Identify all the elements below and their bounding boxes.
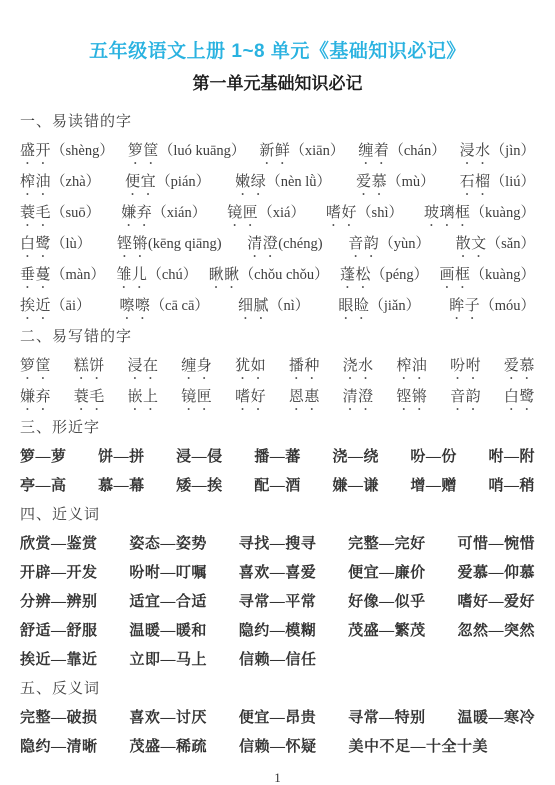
word-text: 忽然—突然	[457, 623, 535, 639]
pinyin-text: （xiān）	[290, 143, 344, 159]
word-text: 蓬松	[340, 267, 371, 283]
word-item: 挨近（āi）	[20, 292, 90, 323]
word-text: 立即—马上	[130, 652, 208, 668]
word-row: 蓑毛（suō）嫌弃（xián）镜匣（xiá）嗜好（shì）玻璃框（kuàng）	[20, 199, 535, 230]
word-row: 隐约—清晰茂盛—稀疏信赖—怀疑美中不足—十全十美	[20, 733, 535, 762]
word-text: 嫌—谦	[332, 478, 379, 494]
word-item: 寻常—平常	[239, 588, 317, 617]
word-item: 音韵（yùn）	[348, 230, 430, 261]
word-text: 蓑毛	[74, 389, 105, 405]
word-item: 镜匣（xiá）	[227, 199, 305, 230]
word-item: 适宜—合适	[129, 588, 207, 617]
word-item: 信赖—信任	[239, 646, 317, 675]
word-item: 浇—绕	[332, 443, 379, 472]
word-item: 增—赠	[410, 472, 457, 501]
word-item: 清澄(chéng)	[247, 230, 322, 261]
word-item: 浸—侵	[176, 443, 223, 472]
section: 二、易写错的字箩筐糕饼浸在缠身犹如播种浇水榨油吩咐爱慕嫌弃蓑毛嵌上镜匣嗜好恩惠清…	[20, 323, 535, 414]
word-text: 犹如	[235, 358, 266, 374]
word-text: 好像—似乎	[348, 594, 426, 610]
word-text: 嫌弃	[20, 389, 51, 405]
word-row: 舒适—舒服温暖—暖和隐约—模糊茂盛—繁茂忽然—突然	[20, 617, 535, 646]
word-text: 眸子	[449, 298, 480, 314]
word-text: 吩咐	[450, 358, 481, 374]
word-item: 糕饼	[74, 352, 105, 383]
word-item: 画框（kuàng）	[440, 261, 535, 292]
word-text: 镜匣	[227, 205, 258, 221]
word-item: 开辟—开发	[20, 559, 98, 588]
word-text: 配—酒	[254, 478, 301, 494]
word-item: 白鹭	[504, 383, 535, 414]
word-text: 便宜—廉价	[348, 565, 426, 581]
word-text: 喜欢—喜爱	[239, 565, 317, 581]
word-item: 吩咐	[450, 352, 481, 383]
word-item: 嚓嚓（cā cā）	[120, 292, 209, 323]
word-item: 立即—马上	[130, 646, 208, 675]
pinyin-text: （āi）	[51, 298, 90, 314]
word-row: 挨近（āi）嚓嚓（cā cā）细腻（nì）眼睑（jiǎn）眸子（móu）	[20, 292, 535, 323]
word-item: 哨—稍	[488, 472, 535, 501]
word-text: 浸在	[128, 358, 159, 374]
word-text: 浇—绕	[332, 449, 379, 465]
pinyin-text: （jiǎn）	[369, 298, 420, 314]
word-item: 玻璃框（kuàng）	[424, 199, 535, 230]
word-item: 眼睑（jiǎn）	[338, 292, 420, 323]
word-item: 咐—附	[488, 443, 535, 472]
word-text: 散文	[456, 236, 487, 252]
word-text: 音韵	[450, 389, 481, 405]
word-item: 播种	[289, 352, 320, 383]
word-text: 缠身	[181, 358, 212, 374]
word-text: 寻常—平常	[239, 594, 317, 610]
word-text: 嗜好—爱好	[457, 594, 535, 610]
word-item: 嵌上	[128, 383, 159, 414]
word-text: 箩—萝	[20, 449, 67, 465]
word-item: 白鹭（lù）	[20, 230, 91, 261]
section: 四、近义词欣赏—鉴赏姿态—姿势寻找—搜寻完整—完好可惜—惋惜开辟—开发吩咐—叮嘱…	[20, 501, 535, 675]
pinyin-text: （chǒu chǒu）	[240, 267, 329, 283]
pinyin-text: （nèn lǜ）	[266, 174, 331, 190]
pinyin-text: （mù）	[387, 174, 435, 190]
word-item: 蓑毛	[74, 383, 105, 414]
word-text: 画框	[440, 267, 471, 283]
word-item: 眸子（móu）	[449, 292, 535, 323]
word-item: 铿锵	[396, 383, 427, 414]
word-item: 隐约—清晰	[20, 733, 98, 762]
word-item: 信赖—怀疑	[239, 733, 317, 762]
word-text: 玻璃框	[424, 205, 471, 221]
word-item: 美中不足—十全十美	[349, 733, 489, 762]
word-text: 温暖—寒冷	[457, 710, 535, 726]
word-text: 饼—拼	[98, 449, 145, 465]
word-text: 隐约—模糊	[239, 623, 317, 639]
word-text: 播—蕃	[254, 449, 301, 465]
word-text: 嫩绿	[235, 174, 266, 190]
word-text: 清澄	[343, 389, 374, 405]
word-row: 完整—破损喜欢—讨厌便宜—昂贵寻常—特别温暖—寒冷	[20, 704, 535, 733]
word-text: 铿锵	[117, 236, 148, 252]
word-item: 寻找—搜寻	[239, 530, 317, 559]
word-text: 白鹭	[504, 389, 535, 405]
word-item: 铿锵(kēng qiāng)	[117, 230, 222, 261]
pinyin-text: （móu）	[480, 298, 535, 314]
pinyin-text: (kēng qiāng)	[148, 236, 222, 252]
word-text: 开辟—开发	[20, 565, 98, 581]
word-row: 开辟—开发吩咐—叮嘱喜欢—喜爱便宜—廉价爱慕—仰慕	[20, 559, 535, 588]
word-row: 盛开（shèng）箩筐（luó kuāng）新鲜（xiān）缠着（chán）浸水…	[20, 137, 535, 168]
word-item: 隐约—模糊	[239, 617, 317, 646]
word-item: 喜欢—喜爱	[239, 559, 317, 588]
word-item: 缠身	[181, 352, 212, 383]
word-item: 榨油	[396, 352, 427, 383]
word-text: 茂盛—繁茂	[348, 623, 426, 639]
word-item: 嗜好（shì）	[326, 199, 403, 230]
word-text: 舒适—舒服	[20, 623, 98, 639]
word-row: 箩—萝饼—拼浸—侵播—蕃浇—绕吩—份咐—附	[20, 443, 535, 472]
pinyin-text: （shì）	[357, 205, 403, 221]
word-item: 爱慕	[504, 352, 535, 383]
word-item: 浇水	[343, 352, 374, 383]
word-text: 嗜好	[326, 205, 357, 221]
word-item: 完整—破损	[20, 704, 98, 733]
word-item: 舒适—舒服	[20, 617, 98, 646]
word-item: 榨油（zhà）	[20, 168, 100, 199]
word-text: 姿态—姿势	[129, 536, 207, 552]
word-text: 便宜—昂贵	[239, 710, 317, 726]
word-text: 音韵	[348, 236, 379, 252]
word-text: 清澄	[247, 236, 278, 252]
word-text: 增—赠	[410, 478, 457, 494]
document-page: 五年级语文上册 1~8 单元《基础知识必记》 第一单元基础知识必记 一、易读错的…	[0, 0, 555, 785]
word-item: 嫌弃（xián）	[121, 199, 206, 230]
word-text: 隐约—清晰	[20, 739, 98, 755]
word-item: 散文（sǎn）	[456, 230, 535, 261]
word-item: 箩—萝	[20, 443, 67, 472]
word-text: 爱慕	[356, 174, 387, 190]
word-item: 温暖—暖和	[129, 617, 207, 646]
word-text: 挨近—靠近	[20, 652, 98, 668]
page-title: 五年级语文上册 1~8 单元《基础知识必记》	[20, 38, 535, 66]
word-text: 信赖—怀疑	[239, 739, 317, 755]
word-item: 嫩绿（nèn lǜ）	[235, 168, 331, 199]
word-item: 缠着（chán）	[358, 137, 445, 168]
word-item: 饼—拼	[98, 443, 145, 472]
word-text: 寻常—特别	[348, 710, 426, 726]
word-text: 完整—破损	[20, 710, 98, 726]
pinyin-text: （kuàng）	[471, 267, 535, 283]
word-row: 嫌弃蓑毛嵌上镜匣嗜好恩惠清澄铿锵音韵白鹭	[20, 383, 535, 414]
word-item: 箩筐（luó kuāng）	[128, 137, 246, 168]
word-text: 吩—份	[410, 449, 457, 465]
word-item: 喜欢—讨厌	[129, 704, 207, 733]
pinyin-text: （lù）	[51, 236, 91, 252]
pinyin-text: （shèng）	[51, 143, 114, 159]
word-text: 浸水	[460, 143, 491, 159]
word-item: 欣赏—鉴赏	[20, 530, 98, 559]
word-text: 镜匣	[181, 389, 212, 405]
section-heading: 三、形近字	[20, 414, 535, 443]
word-item: 清澄	[343, 383, 374, 414]
word-text: 哨—稍	[488, 478, 535, 494]
word-text: 新鲜	[259, 143, 290, 159]
word-row: 垂蔓（màn）雏儿（chú）瞅瞅（chǒu chǒu）蓬松（péng）画框（ku…	[20, 261, 535, 292]
section-heading: 四、近义词	[20, 501, 535, 530]
section: 三、形近字箩—萝饼—拼浸—侵播—蕃浇—绕吩—份咐—附亭—高慕—幕矮—挨配—酒嫌—…	[20, 414, 535, 501]
word-item: 嗜好	[235, 383, 266, 414]
word-item: 新鲜（xiān）	[259, 137, 344, 168]
word-item: 镜匣	[181, 383, 212, 414]
word-text: 嗜好	[235, 389, 266, 405]
word-item: 细腻（nì）	[238, 292, 309, 323]
pinyin-text: （màn）	[51, 267, 105, 283]
word-text: 榨油	[20, 174, 51, 190]
pinyin-text: （cā cā）	[151, 298, 209, 314]
word-item: 配—酒	[254, 472, 301, 501]
word-row: 挨近—靠近立即—马上信赖—信任	[20, 646, 535, 675]
word-text: 浸—侵	[176, 449, 223, 465]
word-item: 石榴（liú）	[460, 168, 535, 199]
pinyin-text: （xián）	[152, 205, 206, 221]
word-item: 可惜—惋惜	[457, 530, 535, 559]
word-item: 爱慕—仰慕	[457, 559, 535, 588]
word-item: 矮—挨	[176, 472, 223, 501]
word-text: 垂蔓	[20, 267, 51, 283]
word-text: 亭—高	[20, 478, 67, 494]
pinyin-text: （suō）	[51, 205, 100, 221]
word-text: 美中不足—十全十美	[349, 739, 489, 755]
section: 五、反义词完整—破损喜欢—讨厌便宜—昂贵寻常—特别温暖—寒冷隐约—清晰茂盛—稀疏…	[20, 675, 535, 762]
word-text: 适宜—合适	[129, 594, 207, 610]
word-text: 恩惠	[289, 389, 320, 405]
word-text: 糕饼	[74, 358, 105, 374]
word-text: 蓑毛	[20, 205, 51, 221]
word-row: 分辨—辨别适宜—合适寻常—平常好像—似乎嗜好—爱好	[20, 588, 535, 617]
word-text: 嵌上	[128, 389, 159, 405]
word-item: 茂盛—繁茂	[348, 617, 426, 646]
word-item: 慕—幕	[98, 472, 145, 501]
pinyin-text: （yùn）	[379, 236, 430, 252]
word-item: 爱慕（mù）	[356, 168, 435, 199]
word-item: 分辨—辨别	[20, 588, 98, 617]
pinyin-text: （pián）	[156, 174, 210, 190]
word-text: 细腻	[238, 298, 269, 314]
word-text: 欣赏—鉴赏	[20, 536, 98, 552]
page-number: 1	[20, 768, 535, 785]
word-item: 温暖—寒冷	[457, 704, 535, 733]
pinyin-text: （nì）	[269, 298, 309, 314]
word-text: 慕—幕	[98, 478, 145, 494]
word-item: 好像—似乎	[348, 588, 426, 617]
word-row: 榨油（zhà）便宜（pián）嫩绿（nèn lǜ）爱慕（mù）石榴（liú）	[20, 168, 535, 199]
word-item: 嫌弃	[20, 383, 51, 414]
word-row: 亭—高慕—幕矮—挨配—酒嫌—谦增—赠哨—稍	[20, 472, 535, 501]
word-text: 播种	[289, 358, 320, 374]
word-text: 盛开	[20, 143, 51, 159]
pinyin-text: （sǎn）	[487, 236, 535, 252]
word-item: 盛开（shèng）	[20, 137, 114, 168]
word-row: 白鹭（lù）铿锵(kēng qiāng)清澄(chéng)音韵（yùn）散文（s…	[20, 230, 535, 261]
word-item: 挨近—靠近	[20, 646, 98, 675]
word-text: 缠着	[358, 143, 389, 159]
pinyin-text: （zhà）	[51, 174, 100, 190]
word-row: 欣赏—鉴赏姿态—姿势寻找—搜寻完整—完好可惜—惋惜	[20, 530, 535, 559]
pinyin-text: （luó kuāng）	[159, 143, 246, 159]
word-item: 忽然—突然	[457, 617, 535, 646]
word-text: 矮—挨	[176, 478, 223, 494]
pinyin-text: （liú）	[491, 174, 535, 190]
word-text: 浇水	[343, 358, 374, 374]
word-item: 播—蕃	[254, 443, 301, 472]
word-item: 嫌—谦	[332, 472, 379, 501]
pinyin-text: （chú）	[147, 267, 197, 283]
word-text: 完整—完好	[348, 536, 426, 552]
word-text: 信赖—信任	[239, 652, 317, 668]
unit-title: 第一单元基础知识必记	[20, 66, 535, 102]
word-item: 浸水（jìn）	[460, 137, 535, 168]
word-row: 箩筐糕饼浸在缠身犹如播种浇水榨油吩咐爱慕	[20, 352, 535, 383]
word-item: 蓑毛（suō）	[20, 199, 100, 230]
word-item: 便宜（pián）	[125, 168, 210, 199]
pinyin-text: （xiá）	[258, 205, 305, 221]
word-item: 雏儿（chú）	[116, 261, 197, 292]
word-text: 爱慕	[504, 358, 535, 374]
word-item: 亭—高	[20, 472, 67, 501]
word-text: 分辨—辨别	[20, 594, 98, 610]
word-text: 白鹭	[20, 236, 51, 252]
word-item: 完整—完好	[348, 530, 426, 559]
word-text: 温暖—暖和	[129, 623, 207, 639]
word-item: 嗜好—爱好	[457, 588, 535, 617]
word-text: 爱慕—仰慕	[457, 565, 535, 581]
word-item: 恩惠	[289, 383, 320, 414]
section-heading: 一、易读错的字	[20, 108, 535, 137]
word-text: 榨油	[396, 358, 427, 374]
word-text: 箩筐	[20, 358, 51, 374]
word-item: 姿态—姿势	[129, 530, 207, 559]
word-text: 寻找—搜寻	[239, 536, 317, 552]
word-item: 垂蔓（màn）	[20, 261, 105, 292]
pinyin-text: （kuàng）	[471, 205, 535, 221]
word-text: 嚓嚓	[120, 298, 151, 314]
word-text: 嫌弃	[121, 205, 152, 221]
section-heading: 二、易写错的字	[20, 323, 535, 352]
word-text: 眼睑	[338, 298, 369, 314]
word-item: 浸在	[128, 352, 159, 383]
word-text: 喜欢—讨厌	[129, 710, 207, 726]
word-text: 挨近	[20, 298, 51, 314]
word-text: 茂盛—稀疏	[130, 739, 208, 755]
word-text: 吩咐—叮嘱	[129, 565, 207, 581]
word-text: 便宜	[125, 174, 156, 190]
word-item: 便宜—昂贵	[239, 704, 317, 733]
section: 一、易读错的字盛开（shèng）箩筐（luó kuāng）新鲜（xiān）缠着（…	[20, 108, 535, 323]
pinyin-text: (chéng)	[278, 236, 322, 252]
word-item: 箩筐	[20, 352, 51, 383]
sections: 一、易读错的字盛开（shèng）箩筐（luó kuāng）新鲜（xiān）缠着（…	[20, 108, 535, 762]
word-item: 吩咐—叮嘱	[129, 559, 207, 588]
word-item: 吩—份	[410, 443, 457, 472]
word-text: 雏儿	[116, 267, 147, 283]
word-text: 可惜—惋惜	[457, 536, 535, 552]
pinyin-text: （péng）	[371, 267, 428, 283]
word-item: 寻常—特别	[348, 704, 426, 733]
word-text: 箩筐	[128, 143, 159, 159]
word-item: 茂盛—稀疏	[130, 733, 208, 762]
pinyin-text: （chán）	[389, 143, 445, 159]
word-item: 蓬松（péng）	[340, 261, 428, 292]
word-item: 便宜—廉价	[348, 559, 426, 588]
word-item: 音韵	[450, 383, 481, 414]
word-item: 犹如	[235, 352, 266, 383]
word-item: 瞅瞅（chǒu chǒu）	[209, 261, 329, 292]
pinyin-text: （jìn）	[491, 143, 535, 159]
word-text: 瞅瞅	[209, 267, 240, 283]
word-text: 铿锵	[396, 389, 427, 405]
word-text: 石榴	[460, 174, 491, 190]
section-heading: 五、反义词	[20, 675, 535, 704]
word-text: 咐—附	[488, 449, 535, 465]
